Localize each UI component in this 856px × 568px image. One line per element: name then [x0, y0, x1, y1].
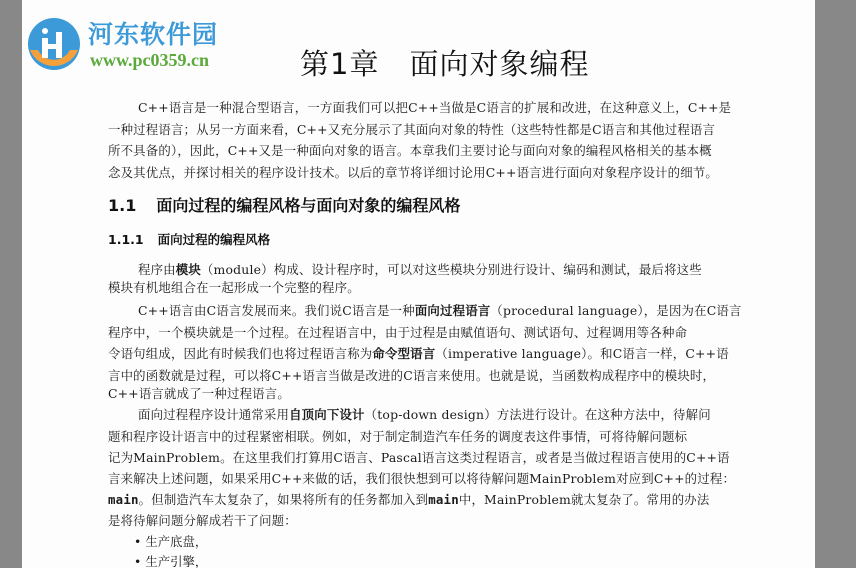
subsection-number: 1.1.1: [108, 232, 144, 247]
chapter-title: 第1章 面向对象编程: [300, 42, 589, 83]
site-logo-icon: [26, 16, 82, 72]
site-watermark: 河东软件园 www.pc0359.cn: [22, 6, 242, 68]
site-url: www.pc0359.cn: [90, 50, 209, 71]
intro-line-4: 念及其优点，并探讨相关的程序设计技术。以后的章节将详细讨论用C++语言进行面向对…: [108, 163, 718, 181]
section-title: 面向过程的编程风格与面向对象的编程风格: [156, 196, 460, 215]
section-heading: 1.1面向过程的编程风格与面向对象的编程风格: [108, 193, 460, 216]
code-main: main: [428, 492, 459, 507]
code-main: main: [108, 492, 139, 507]
body-p1-line-1: 程序由模块（module）构成、设计程序时，可以对这些模块分别进行设计、编码和测…: [138, 260, 702, 278]
body-p2-line-3: 令语句组成，因此有时候我们也将过程语言称为命令型语言（imperative la…: [108, 344, 729, 362]
subsection-title: 面向过程的编程风格: [158, 232, 271, 247]
body-p2-line-5: C++语言就成了一种过程语言。: [108, 384, 290, 402]
body-p2-line-1: C++语言由C语言发展而来。我们说C语言是一种面向过程语言（procedural…: [138, 301, 742, 319]
body-p3-line-2: 题和程序设计语言中的过程紧密相联。例如，对于制定制造汽车任务的调度表这件事情，可…: [108, 427, 687, 445]
intro-line-1: C++语言是一种混合型语言，一方面我们可以把C++当做是C语言的扩展和改进，在这…: [138, 98, 731, 116]
subsection-heading: 1.1.1面向过程的编程风格: [108, 230, 270, 248]
list-item: •生产引擎，: [134, 552, 207, 568]
body-p1-line-2: 模块有机地组合在一起形成一个完整的程序。: [108, 278, 360, 296]
body-p3-line-4: 言来解决上述问题，如果采用C++来做的话，我们很快想到可以将待解问题MainPr…: [108, 469, 735, 487]
section-number: 1.1: [108, 196, 136, 215]
bullet-icon: •: [134, 534, 141, 549]
intro-line-3: 所不具备的），因此，C++又是一种面向对象的语言。本章我们主要讨论与面向对象的编…: [108, 141, 712, 159]
body-p3-line-6: 是将待解问题分解成若干了问题：: [108, 511, 297, 529]
list-item: •生产底盘，: [134, 532, 207, 550]
body-p2-line-4: 言中的函数就是过程，可以将C++语言当做是改进的C语言来使用。也就是说，当函数构…: [108, 366, 715, 384]
bullet-icon: •: [134, 554, 141, 568]
document-page: 河东软件园 www.pc0359.cn 第1章 面向对象编程 C++语言是一种混…: [22, 0, 815, 568]
site-name: 河东软件园: [88, 15, 218, 51]
body-p3-line-5: main。但制造汽车太复杂了，如果将所有的任务都加入到main中，MainPro…: [108, 490, 709, 508]
term-top-down-design: 自顶向下设计: [289, 407, 365, 422]
term-imperative-language: 命令型语言: [372, 346, 435, 361]
term-procedural-language: 面向过程语言: [415, 303, 491, 318]
term-module: 模块: [176, 262, 201, 277]
body-p2-line-2: 程序中，一个模块就是一个过程。在过程语言中，由于过程是由赋值语句、测试语句、过程…: [108, 323, 687, 341]
intro-line-2: 一种过程语言；从另一方面来看，C++又充分展示了其面向对象的特性（这些特性都是C…: [108, 120, 715, 138]
body-p3-line-1: 面向过程程序设计通常采用自顶向下设计（top-down design）方法进行设…: [138, 405, 711, 423]
body-p3-line-3: 记为MainProblem。在这里我们打算用C语言、Pascal语言这类过程语言…: [108, 448, 730, 466]
